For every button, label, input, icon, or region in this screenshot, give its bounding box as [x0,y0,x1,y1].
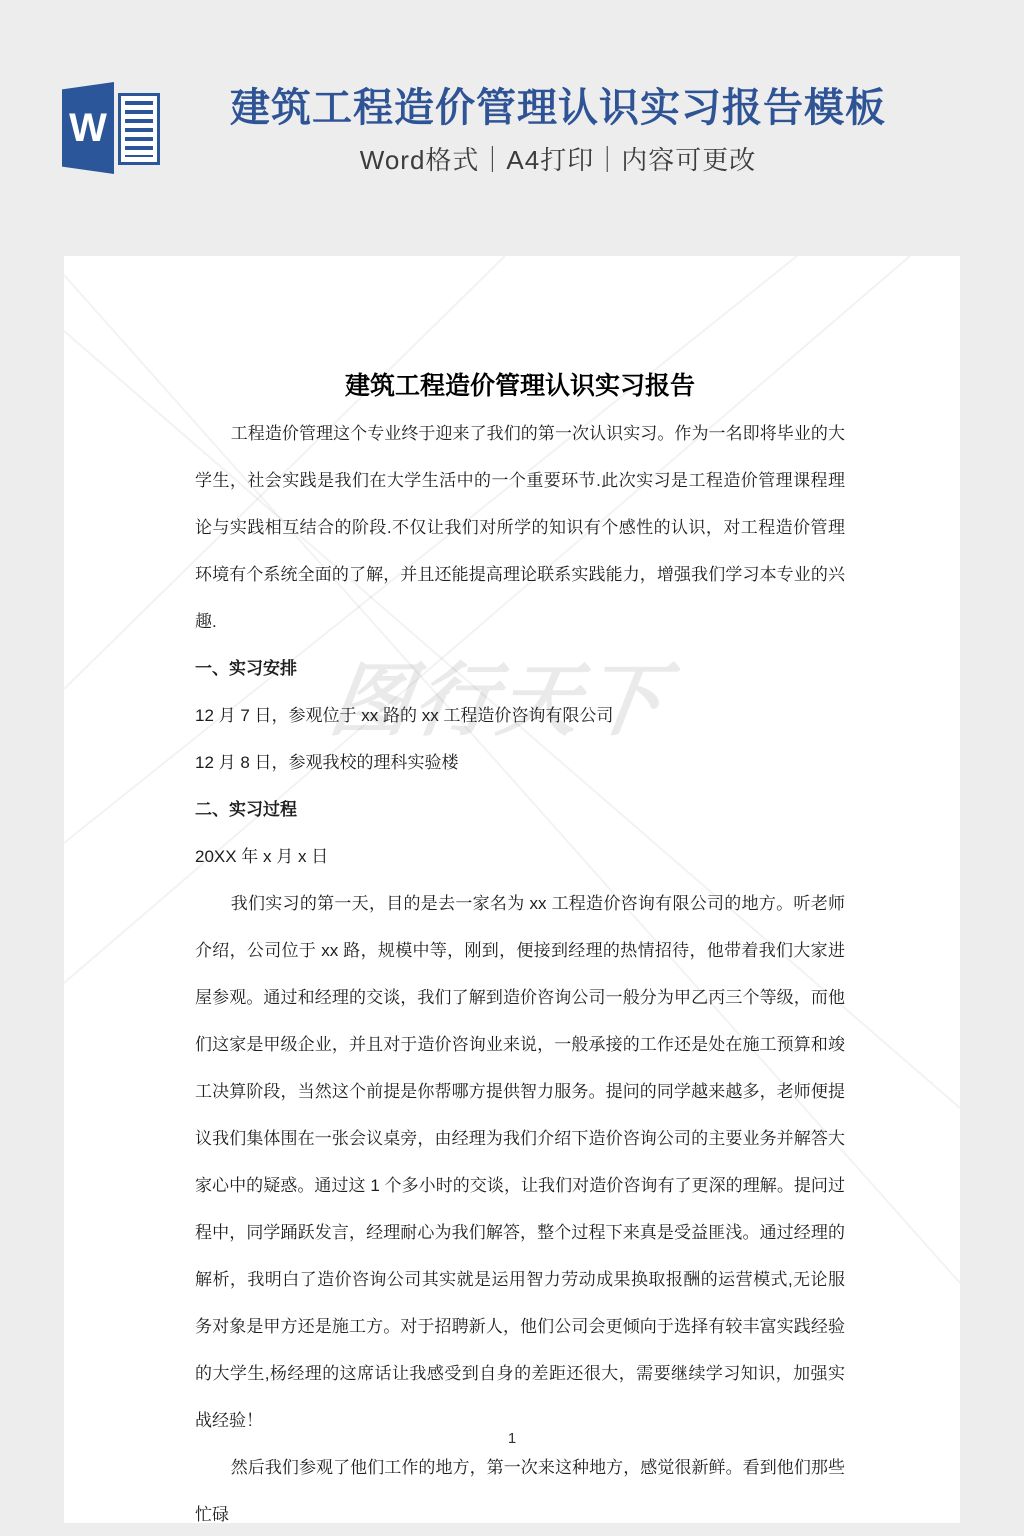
paragraph: 工程造价管理这个专业终于迎来了我们的第一次认识实习。作为一名即将毕业的大学生，社… [195,410,845,645]
word-logo-letter: W [62,82,114,174]
word-logo-icon: W [62,76,162,174]
paragraph: 我们实习的第一天，目的是去一家名为 xx 工程造价咨询有限公司的地方。听老师介绍… [195,880,845,1444]
section-heading: 二、实习过程 [195,786,845,833]
template-title: 建筑工程造价管理认识实习报告模板 [92,84,1024,132]
paragraph: 12 月 7 日，参观位于 xx 路的 xx 工程造价咨询有限公司 [195,692,845,739]
paragraph: 12 月 8 日，参观我校的理科实验楼 [195,739,845,786]
template-subtitle: Word格式｜A4打印｜内容可更改 [92,144,1024,176]
header: W 建筑工程造价管理认识实习报告模板 Word格式｜A4打印｜内容可更改 [0,0,1024,256]
word-logo-text-lines [125,101,153,157]
paragraph: 然后我们参观了他们工作的地方，第一次来这种地方，感觉很新鲜。看到他们那些忙碌 [195,1444,845,1536]
paragraph: 20XX 年 x 月 x 日 [195,833,845,880]
word-logo-document-icon [118,93,160,165]
document-page: 图行天下 建筑工程造价管理认识实习报告 工程造价管理这个专业终于迎来了我们的第一… [64,256,960,1523]
section-heading: 一、实习安排 [195,645,845,692]
document-body: 工程造价管理这个专业终于迎来了我们的第一次认识实习。作为一名即将毕业的大学生，社… [195,410,845,1536]
template-preview-page: { "header": { "icon": { "letter": "W" },… [0,0,1024,1536]
